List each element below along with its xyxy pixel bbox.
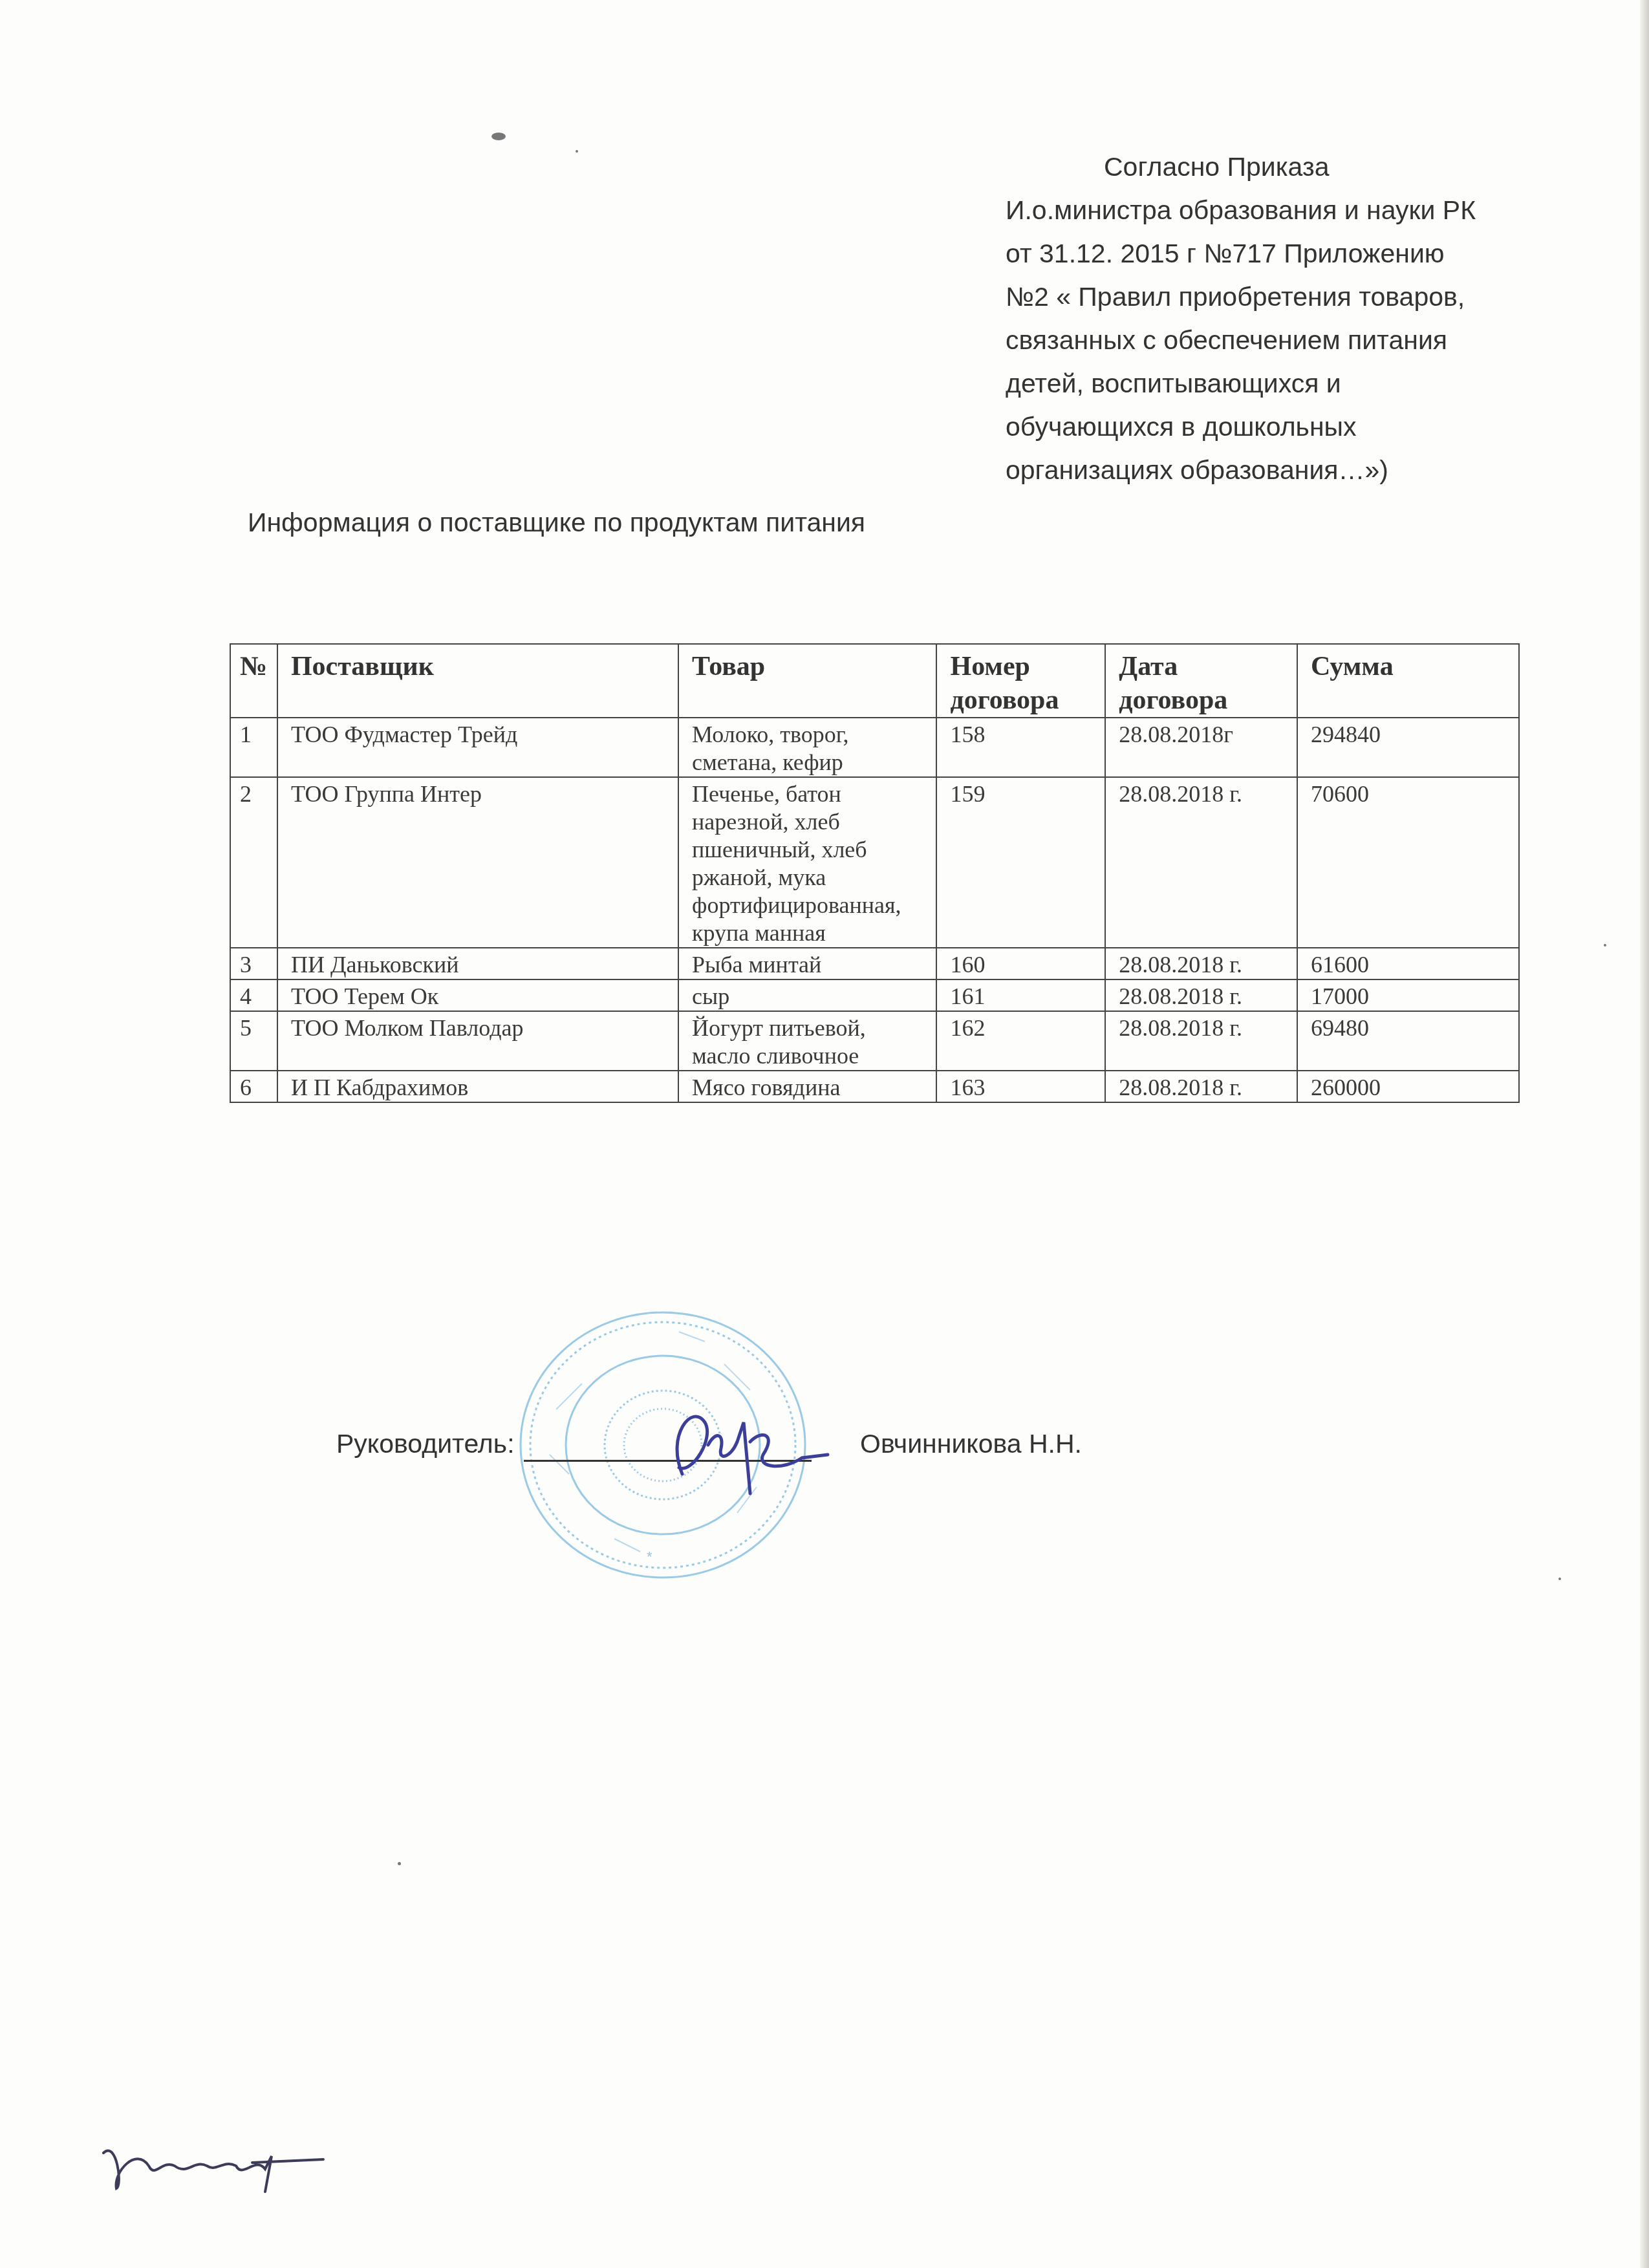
legal-reference-line: организациях образования…»)	[1006, 449, 1536, 492]
legal-reference-line: Согласно Приказа	[1006, 145, 1536, 189]
cell-sum: 294840	[1297, 718, 1519, 777]
handwritten-signature	[653, 1396, 847, 1506]
cell-contract-date: 28.08.2018г	[1105, 718, 1297, 777]
cell-contract-date: 28.08.2018 г.	[1105, 1071, 1297, 1102]
scan-speck	[491, 133, 506, 140]
scan-speck	[576, 150, 578, 153]
legal-reference-line: обучающихся в дошкольных	[1006, 405, 1536, 449]
cell-number: 4	[230, 979, 277, 1011]
scan-speck	[1558, 1578, 1561, 1580]
cell-supplier: ТОО Группа Интер	[277, 777, 678, 948]
cell-contract-number: 162	[936, 1011, 1105, 1071]
suppliers-table: № Поставщик Товар Номер договора Дата до…	[230, 643, 1520, 1103]
cell-sum: 70600	[1297, 777, 1519, 948]
column-header-contract-number: Номер договора	[936, 644, 1105, 718]
cell-supplier: ТОО Молком Павлодар	[277, 1011, 678, 1071]
cell-contract-date: 28.08.2018 г.	[1105, 948, 1297, 979]
cell-contract-number: 158	[936, 718, 1105, 777]
table-row: 5ТОО Молком ПавлодарЙогурт питьевой, мас…	[230, 1011, 1519, 1071]
cell-contract-date: 28.08.2018 г.	[1105, 1011, 1297, 1071]
cell-goods: Молоко, творог, сметана, кефир	[678, 718, 936, 777]
scan-speck	[1604, 944, 1606, 947]
cell-sum: 69480	[1297, 1011, 1519, 1071]
cell-number: 1	[230, 718, 277, 777]
cell-contract-date: 28.08.2018 г.	[1105, 979, 1297, 1011]
cell-sum: 17000	[1297, 979, 1519, 1011]
legal-reference-line: №2 « Правил приобретения товаров,	[1006, 275, 1536, 319]
column-header-goods: Товар	[678, 644, 936, 718]
cell-sum: 260000	[1297, 1071, 1519, 1102]
table-row: 3ПИ ДаньковскийРыба минтай16028.08.2018 …	[230, 948, 1519, 979]
table-row: 4ТОО Терем Оксыр16128.08.2018 г.17000	[230, 979, 1519, 1011]
signatory-name: Овчинникова Н.Н.	[860, 1429, 1082, 1459]
legal-reference-line: И.о.министра образования и науки РК	[1006, 189, 1536, 232]
table-header-row: № Поставщик Товар Номер договора Дата до…	[230, 644, 1519, 718]
cell-sum: 61600	[1297, 948, 1519, 979]
cell-supplier: И П Кабдрахимов	[277, 1071, 678, 1102]
legal-reference-line: детей, воспитывающихся и	[1006, 362, 1536, 405]
cell-goods: сыр	[678, 979, 936, 1011]
signature-label: Руководитель:	[336, 1429, 515, 1459]
cell-number: 5	[230, 1011, 277, 1071]
cell-supplier: ПИ Даньковский	[277, 948, 678, 979]
column-header-supplier: Поставщик	[277, 644, 678, 718]
legal-reference-line: связанных с обеспечением питания	[1006, 319, 1536, 362]
column-header-sum: Сумма	[1297, 644, 1519, 718]
cell-number: 2	[230, 777, 277, 948]
table-row: 6И П КабдрахимовМясо говядина16328.08.20…	[230, 1071, 1519, 1102]
handwritten-initials	[97, 2127, 330, 2198]
scan-edge	[1640, 0, 1649, 2268]
cell-contract-number: 163	[936, 1071, 1105, 1102]
cell-goods: Мясо говядина	[678, 1071, 936, 1102]
cell-contract-number: 160	[936, 948, 1105, 979]
cell-contract-number: 161	[936, 979, 1105, 1011]
cell-supplier: ТОО Терем Ок	[277, 979, 678, 1011]
cell-number: 3	[230, 948, 277, 979]
document-title: Информация о поставщике по продуктам пит…	[248, 508, 865, 538]
legal-reference-line: от 31.12. 2015 г №717 Приложению	[1006, 232, 1536, 275]
legal-reference: Согласно Приказа И.о.министра образовани…	[1006, 145, 1536, 492]
cell-contract-date: 28.08.2018 г.	[1105, 777, 1297, 948]
cell-number: 6	[230, 1071, 277, 1102]
cell-goods: Печенье, батон нарезной, хлеб пшеничный,…	[678, 777, 936, 948]
table-row: 1ТОО Фудмастер ТрейдМолоко, творог, смет…	[230, 718, 1519, 777]
cell-goods: Рыба минтай	[678, 948, 936, 979]
table-row: 2ТОО Группа ИнтерПеченье, батон нарезной…	[230, 777, 1519, 948]
cell-goods: Йогурт питьевой, масло сливочное	[678, 1011, 936, 1071]
cell-contract-number: 159	[936, 777, 1105, 948]
column-header-number: №	[230, 644, 277, 718]
column-header-contract-date: Дата договора	[1105, 644, 1297, 718]
cell-supplier: ТОО Фудмастер Трейд	[277, 718, 678, 777]
svg-text:*: *	[647, 1548, 652, 1565]
scan-speck	[398, 1862, 401, 1865]
